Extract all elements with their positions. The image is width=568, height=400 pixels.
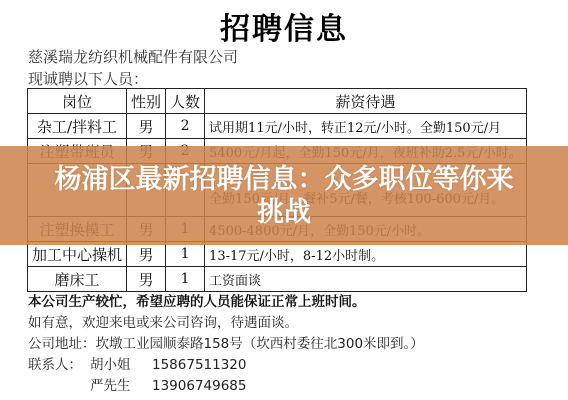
- cell-gender: 男: [127, 242, 166, 267]
- header-position: 岗位: [28, 89, 127, 114]
- cell-pay: 13-17元/小时，8-12小时制。: [205, 242, 527, 267]
- cell-gender: 男: [127, 267, 166, 292]
- contact-phone: 15867511320: [152, 355, 246, 376]
- header-pay: 薪资待遇: [205, 89, 527, 114]
- contact-phone: 13906749685: [152, 376, 246, 397]
- cell-position: 磨床工: [28, 267, 127, 292]
- company-name: 慈溪瑞龙纺织机械配件有限公司: [28, 46, 238, 67]
- cell-count: 2: [166, 114, 205, 139]
- contact-label: 联系人：: [28, 355, 90, 376]
- banner-headline: 杨浦区最新招聘信息：众多职位等你来挑战: [44, 163, 524, 229]
- table-header-row: 岗位 性别 人数 薪资待遇: [28, 89, 527, 114]
- notes-section: 本公司生产较忙，希望应聘的人员能保证正常上班时间。 如有意，欢迎来电或来公司咨询…: [28, 292, 424, 397]
- contact-name: 严先生: [90, 376, 152, 397]
- contact-row: 联系人： 胡小姐 15867511320: [28, 355, 424, 376]
- contact-name: 胡小姐: [90, 355, 152, 376]
- cell-position: 杂工/拌料工: [28, 114, 127, 139]
- document-title: 招聘信息: [0, 4, 568, 48]
- address-note: 公司地址：坎墩工业园顺泰路158号（坎西村委往北300米即到。）: [28, 334, 424, 355]
- table-row: 杂工/拌料工 男 2 试用期11元/小时，转正12元/小时。全勤150元/月: [28, 114, 527, 139]
- welcome-note: 如有意，欢迎来电或来公司咨询，待遇面谈。: [28, 313, 424, 334]
- contact-row: 严先生 13906749685: [28, 376, 424, 397]
- cell-pay: 工资面谈: [205, 267, 527, 292]
- intro-text: 现诚聘以下人员：: [28, 68, 148, 89]
- busy-note: 本公司生产较忙，希望应聘的人员能保证正常上班时间。: [28, 292, 424, 313]
- cell-gender: 男: [127, 114, 166, 139]
- headline-banner: 杨浦区最新招聘信息：众多职位等你来挑战: [0, 146, 568, 245]
- table-row: 加工中心操机 男 1 13-17元/小时，8-12小时制。: [28, 242, 527, 267]
- header-count: 人数: [166, 89, 205, 114]
- cell-count: 1: [166, 242, 205, 267]
- header-gender: 性别: [127, 89, 166, 114]
- table-row: 磨床工 男 1 工资面谈: [28, 267, 527, 292]
- cell-position: 加工中心操机: [28, 242, 127, 267]
- cell-count: 1: [166, 267, 205, 292]
- cell-pay: 试用期11元/小时，转正12元/小时。全勤150元/月: [205, 114, 527, 139]
